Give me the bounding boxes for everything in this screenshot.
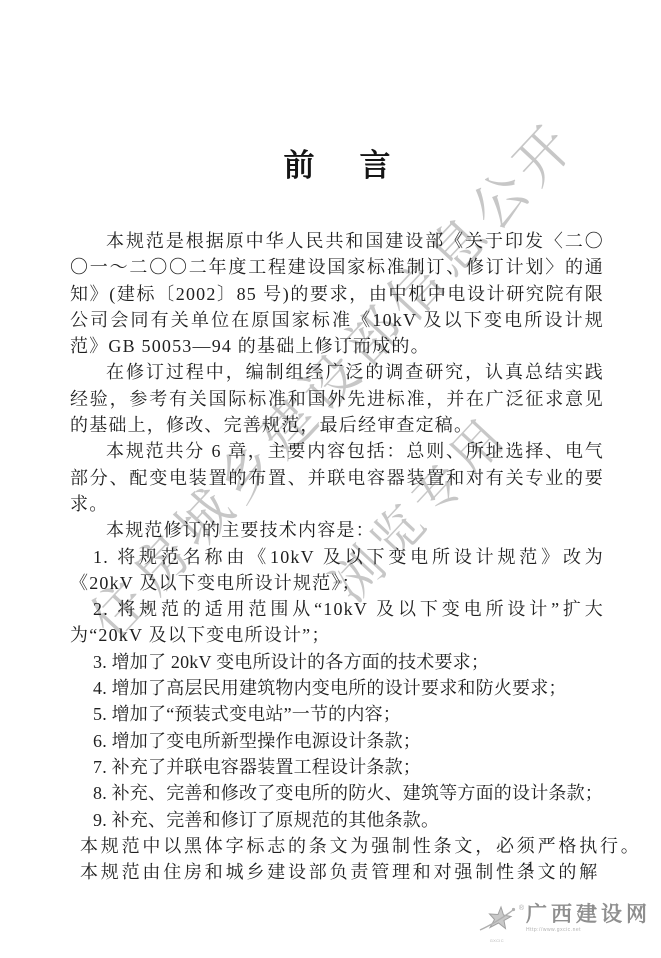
list-item-5: 5. 增加了“预装式变电站”一节的内容；: [70, 701, 604, 727]
list-item-8: 8. 补充、完善和修改了变电所的防火、建筑等方面的设计条款；: [70, 780, 604, 806]
logo-star: GXCIC: [475, 904, 519, 943]
registered-mark-icon: ®: [519, 905, 524, 912]
list-item-6: 6. 增加了变电所新型操作电源设计条款；: [70, 728, 604, 754]
title-char-1: 前: [284, 148, 315, 184]
list-item-3: 3. 增加了 20kV 变电所设计的各方面的技术要求；: [70, 649, 604, 675]
title-char-2: 言: [360, 148, 391, 184]
site-logo: GXCIC ® 广西建设网 Http://www.gxcic.net: [475, 902, 651, 943]
site-tagline: Http://www.gxcic.net: [526, 927, 651, 933]
list-item-1: 1. 将规范名称由《10kV 及以下变电所设计规范》改为《20kV 及以下变电所…: [70, 544, 604, 597]
list-item-2: 2. 将规范的适用范围从“10kV 及以下变电所设计”扩大为“20kV 及以下变…: [70, 596, 604, 649]
paragraph-basis: 本规范是根据原中华人民共和国建设部《关于印发〈二〇〇一～二〇〇二年度工程建设国家…: [70, 228, 604, 359]
list-item-9: 9. 补充、完善和修订了原规范的其他条款。: [70, 807, 604, 833]
star-icon: [477, 904, 517, 936]
preface-body: 本规范是根据原中华人民共和国建设部《关于印发〈二〇〇一～二〇〇二年度工程建设国家…: [70, 228, 604, 885]
page-title: 前言: [70, 148, 604, 184]
paragraph-mandatory: 本规范中以黑体字标志的条文为强制性条文，必须严格执行。: [70, 833, 604, 859]
star-caption: GXCIC: [475, 939, 519, 943]
site-name: 广西建设网: [526, 902, 651, 926]
page-number: · 1 ·: [506, 859, 561, 876]
list-item-4: 4. 增加了高层民用建筑物内变电所的设计要求和防火要求；: [70, 675, 604, 701]
logo-text-column: 广西建设网 Http://www.gxcic.net: [526, 902, 651, 933]
paragraph-lead-in: 本规范修订的主要技术内容是：: [70, 517, 604, 543]
list-item-7: 7. 补充了并联电容器装置工程设计条款；: [70, 754, 604, 780]
document-page: 住房城乡建设部信息公开 浏览专用 前言 本规范是根据原中华人民共和国建设部《关于…: [0, 0, 661, 958]
paragraph-revision: 在修订过程中，编制组经广泛的调查研究，认真总结实践经验，参考有关国际标准和国外先…: [70, 359, 604, 438]
paragraph-chapters: 本规范共分 6 章，主要内容包括：总则、所址选择、电气部分、配变电装置的布置、并…: [70, 438, 604, 517]
